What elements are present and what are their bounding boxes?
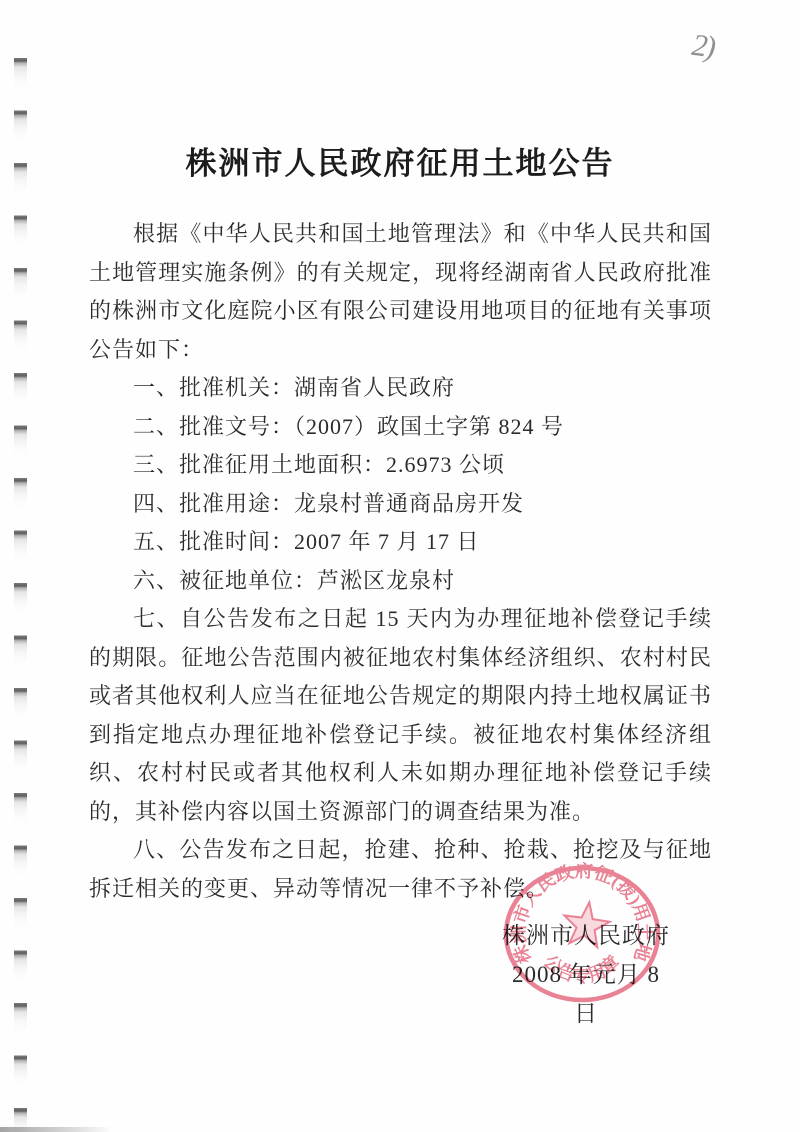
- paragraph-intro: 根据《中华人民共和国土地管理法》和《中华人民共和国土地管理实施条例》的有关规定，…: [89, 215, 712, 369]
- seal-star-icon: [561, 899, 612, 948]
- seal-bottom-text: 公告专用章: [540, 951, 624, 986]
- binding-holes-marks: [14, 58, 27, 1132]
- item-6-requisitioned-unit: 六、被征地单位：芦淞区龙泉村: [89, 562, 712, 601]
- handwritten-page-number: 2): [690, 27, 716, 65]
- item-2-approval-number: 二、批准文号：（2007）政国土字第 824 号: [89, 408, 712, 447]
- document-title: 株洲市人民政府征用土地公告: [0, 138, 800, 183]
- item-3-approved-land-area: 三、批准征用土地面积：2.6973 公顷: [89, 446, 712, 485]
- scan-edge-smudge: [0, 1127, 112, 1132]
- item-7-registration-terms: 七、自公告发布之日起 15 天内为办理征地补偿登记手续的期限。征地公告范围内被征…: [89, 600, 712, 831]
- item-1-approving-authority: 一、批准机关：湖南省人民政府: [89, 369, 712, 408]
- item-5-approval-date: 五、批准时间：2007 年 7 月 17 日: [89, 523, 712, 562]
- item-4-approved-use: 四、批准用途：龙泉村普通商品房开发: [89, 485, 712, 524]
- scanned-document-page: 2) 株洲市人民政府征用土地公告 根据《中华人民共和国土地管理法》和《中华人民共…: [0, 0, 800, 1132]
- document-body: 根据《中华人民共和国土地管理法》和《中华人民共和国土地管理实施条例》的有关规定，…: [89, 215, 712, 908]
- official-seal: 株洲市人民政府征(拨)用土地 公告专用章: [498, 855, 668, 1010]
- seal-ring-text: 株洲市人民政府征(拨)用土地: [509, 861, 655, 966]
